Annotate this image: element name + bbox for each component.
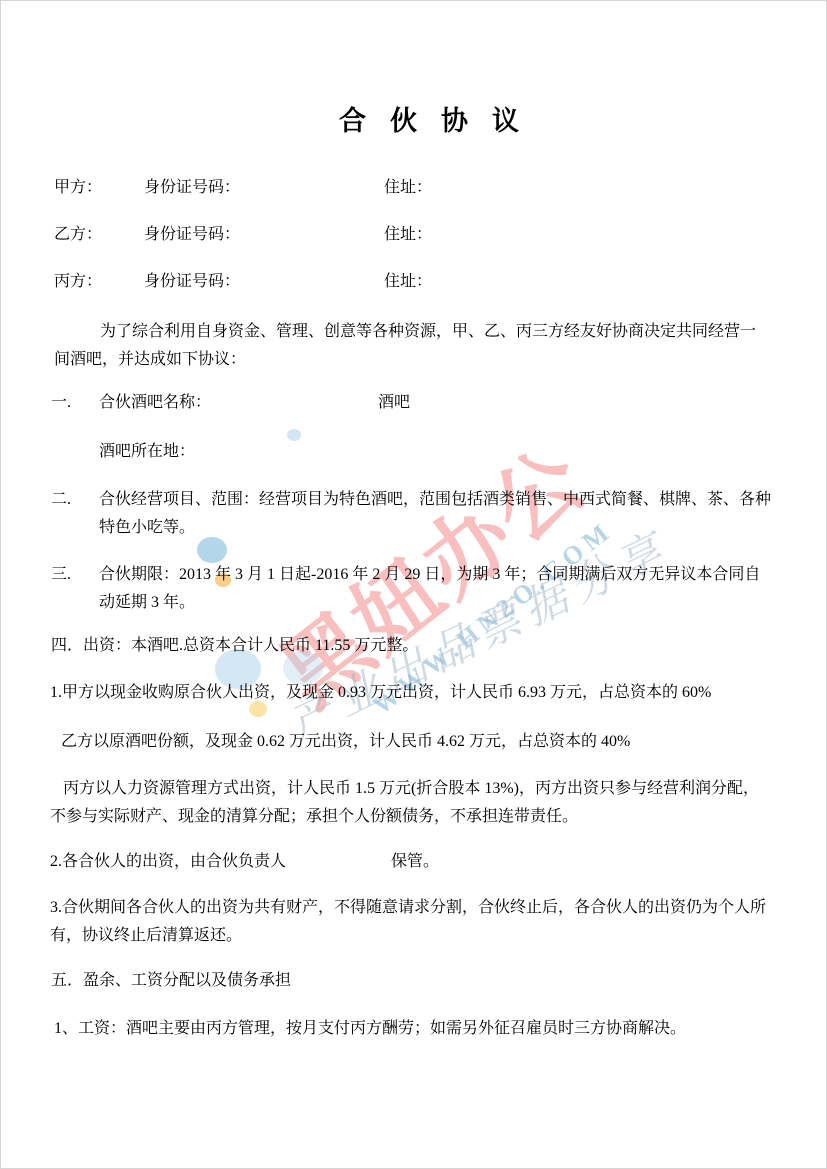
party-a-address-label: 住址： [384, 178, 432, 197]
party-c-address-label: 住址： [384, 272, 432, 291]
item-3-line-2: 有，协议终止后清算返还。 [50, 926, 242, 945]
party-c-label: 丙方： [54, 272, 102, 291]
section-1-value: 酒吧 [378, 393, 410, 412]
party-b-id-label: 身份证号码： [144, 225, 240, 244]
investment-b-line: 乙方以原酒吧份额，及现金 0.62 万元出资，计人民币 4.62 万元，占总资本… [61, 732, 630, 751]
item-2-text: 2.各合伙人的出资，由合伙负责人 [50, 852, 286, 871]
investment-a-line: 1.甲方以现金收购原合伙人出资，及现金 0.93 万元出资，计人民币 6.93 … [50, 683, 711, 702]
section-4-line: 四．出资：本酒吧.总资本合计人民币 11.55 万元整。 [51, 636, 418, 655]
section-2-line-2: 特色小吃等。 [99, 518, 195, 537]
section-1-location-label: 酒吧所在地： [99, 442, 195, 461]
document-page: 黑妞办公 WWW.HN2O.COM 产业出品票据分享 合伙协议 甲方：身份证号码… [0, 0, 827, 1169]
section-2-line-1: 合伙经营项目、范围：经营项目为特色酒吧，范围包括酒类销售、中西式简餐、棋牌、茶、… [99, 490, 771, 509]
section-3-line-2: 动延期 3 年。 [99, 593, 195, 612]
party-a-label: 甲方： [54, 178, 102, 197]
party-a-id-label: 身份证号码： [144, 178, 240, 197]
document-body: 甲方：身份证号码：住址：乙方：身份证号码：住址：丙方：身份证号码：住址：为了综合… [1, 1, 826, 1168]
section-1-number: 一. [51, 393, 71, 412]
section-3-line-1: 合伙期限：2013 年 3 月 1 日起-2016 年 2 月 29 日，为期 … [99, 565, 760, 584]
item-3-line-1: 3.合伙期间各合伙人的出资为共有财产，不得随意请求分割，合伙终止后，各合伙人的出… [50, 898, 766, 917]
wage-line: 1、工资：酒吧主要由丙方管理，按月支付丙方酬劳；如需另外征召雇员时三方协商解决。 [54, 1019, 686, 1038]
section-3-number: 三. [51, 565, 71, 584]
party-c-id-label: 身份证号码： [144, 272, 240, 291]
party-b-label: 乙方： [54, 225, 102, 244]
section-2-number: 二. [51, 490, 71, 509]
section-5-line: 五．盈余、工资分配以及债务承担 [51, 971, 291, 990]
section-1-label: 合伙酒吧名称： [99, 393, 211, 412]
investment-c-line-2: 不参与实际财产、现金的清算分配；承担个人份额债务，不承担连带责任。 [50, 807, 578, 826]
item-2-keeper-text: 保管。 [391, 852, 439, 871]
intro-line-2: 间酒吧，并达成如下协议： [54, 350, 246, 369]
intro-line-1: 为了综合利用自身资金、管理、创意等各种资源，甲、乙、丙三方经友好协商决定共同经营… [100, 322, 756, 341]
party-b-address-label: 住址： [384, 225, 432, 244]
investment-c-line-1: 丙方以人力资源管理方式出资，计人民币 1.5 万元(折合股本 13%)，丙方出资… [63, 779, 759, 798]
